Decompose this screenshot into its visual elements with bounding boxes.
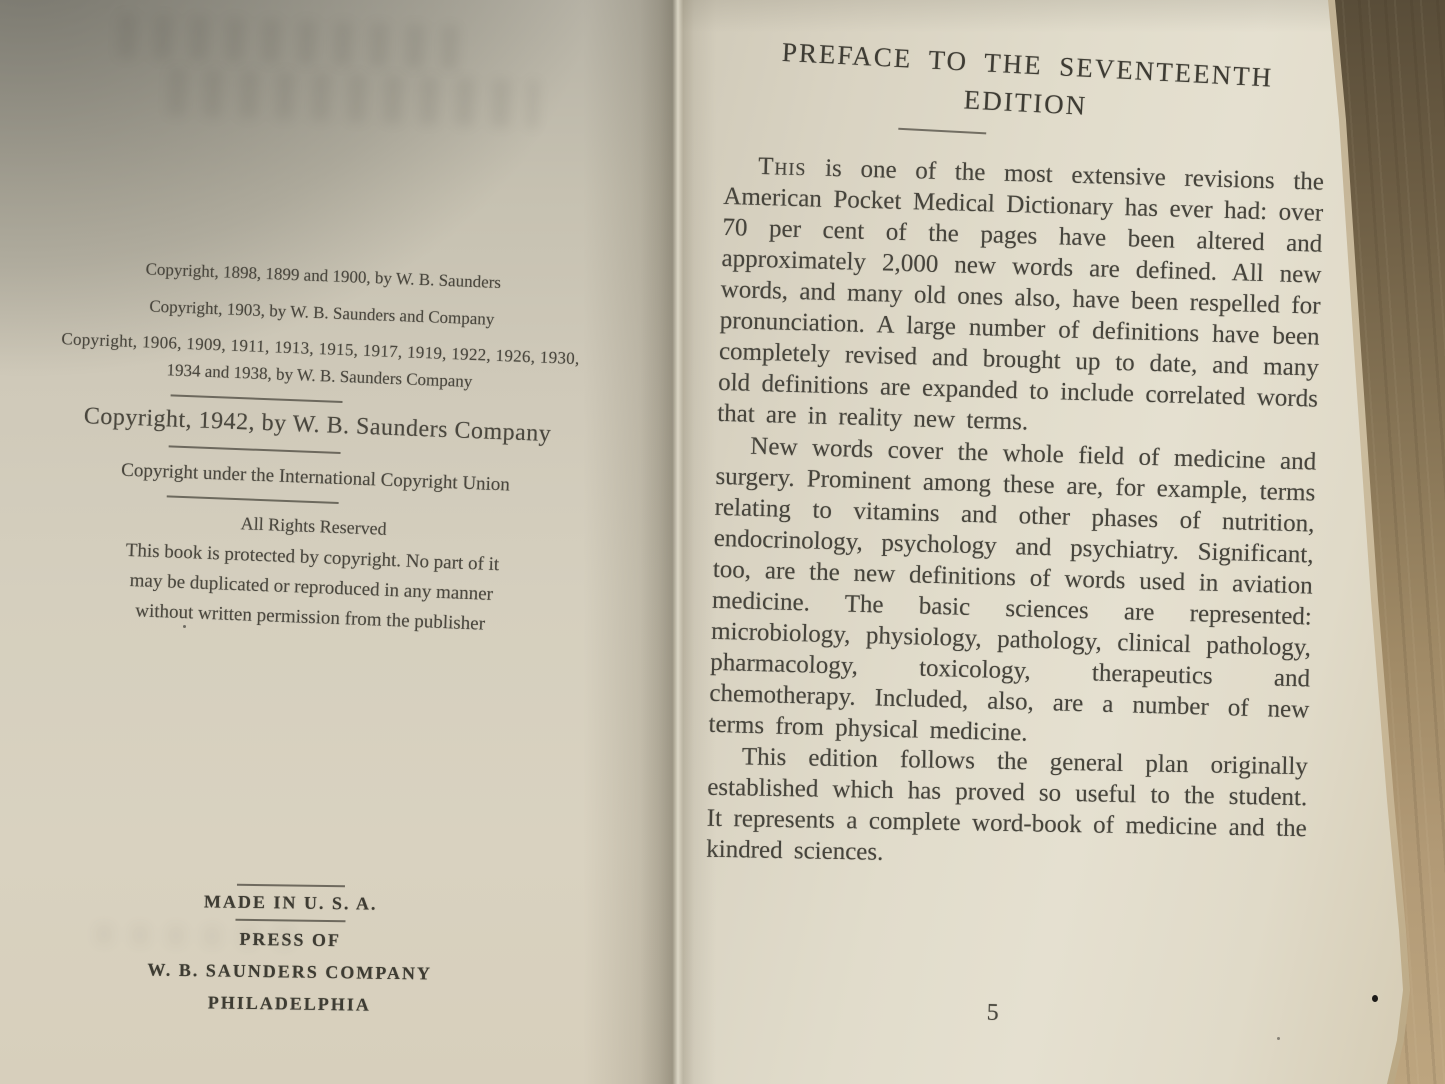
divider-rule: [167, 495, 339, 504]
press-of: PRESS OF: [109, 921, 471, 958]
divider-rule: [171, 394, 343, 403]
lead-word: This: [758, 153, 807, 181]
showthrough-title-smudge: [117, 14, 458, 70]
paper-speck: [183, 625, 186, 628]
copyright-block: Copyright, 1898, 1899 and 1900, by W. B.…: [0, 252, 642, 645]
title-divider-rule: [898, 128, 986, 135]
protection-notice: This book is protected by copyright. No …: [0, 531, 631, 645]
right-page-preface: PREFACE TO THE SEVENTEENTH EDITION This …: [678, 0, 1445, 1084]
preface-text-column: PREFACE TO THE SEVENTEENTH EDITION This …: [705, 30, 1328, 881]
open-book-photo: Copyright, 1898, 1899 and 1900, by W. B.…: [0, 0, 1445, 1084]
preface-title: PREFACE TO THE SEVENTEENTH EDITION: [725, 30, 1328, 137]
preface-paragraph-1: This is one of the most extensive revisi…: [717, 150, 1325, 446]
book-gutter-seam: [640, 0, 694, 1084]
left-page-copyright: Copyright, 1898, 1899 and 1900, by W. B.…: [0, 0, 678, 1084]
made-in-usa: MADE IN U. S. A.: [110, 884, 472, 921]
publisher-name: W. B. SAUNDERS COMPANY: [109, 953, 471, 990]
international-copyright-line: Copyright under the International Copyri…: [0, 455, 634, 501]
publisher-city: PHILADELPHIA: [108, 985, 470, 1022]
paragraph-text: is one of the most extensive revisions t…: [717, 155, 1324, 436]
page-number: 5: [986, 1000, 999, 1027]
paper-speck: [1372, 995, 1378, 1002]
paper-speck: [1277, 1037, 1280, 1040]
preface-paragraph-3: This edition follows the general plan or…: [706, 741, 1308, 875]
copyright-1942-line: Copyright, 1942, by W. B. Saunders Compa…: [0, 400, 636, 451]
printer-imprint: MADE IN U. S. A. PRESS OF W. B. SAUNDERS…: [108, 882, 472, 1022]
divider-rule: [235, 919, 345, 923]
showthrough-title-smudge: [167, 68, 538, 129]
divider-rule: [169, 445, 341, 454]
preface-paragraph-2: New words cover the whole field of medic…: [708, 430, 1316, 757]
